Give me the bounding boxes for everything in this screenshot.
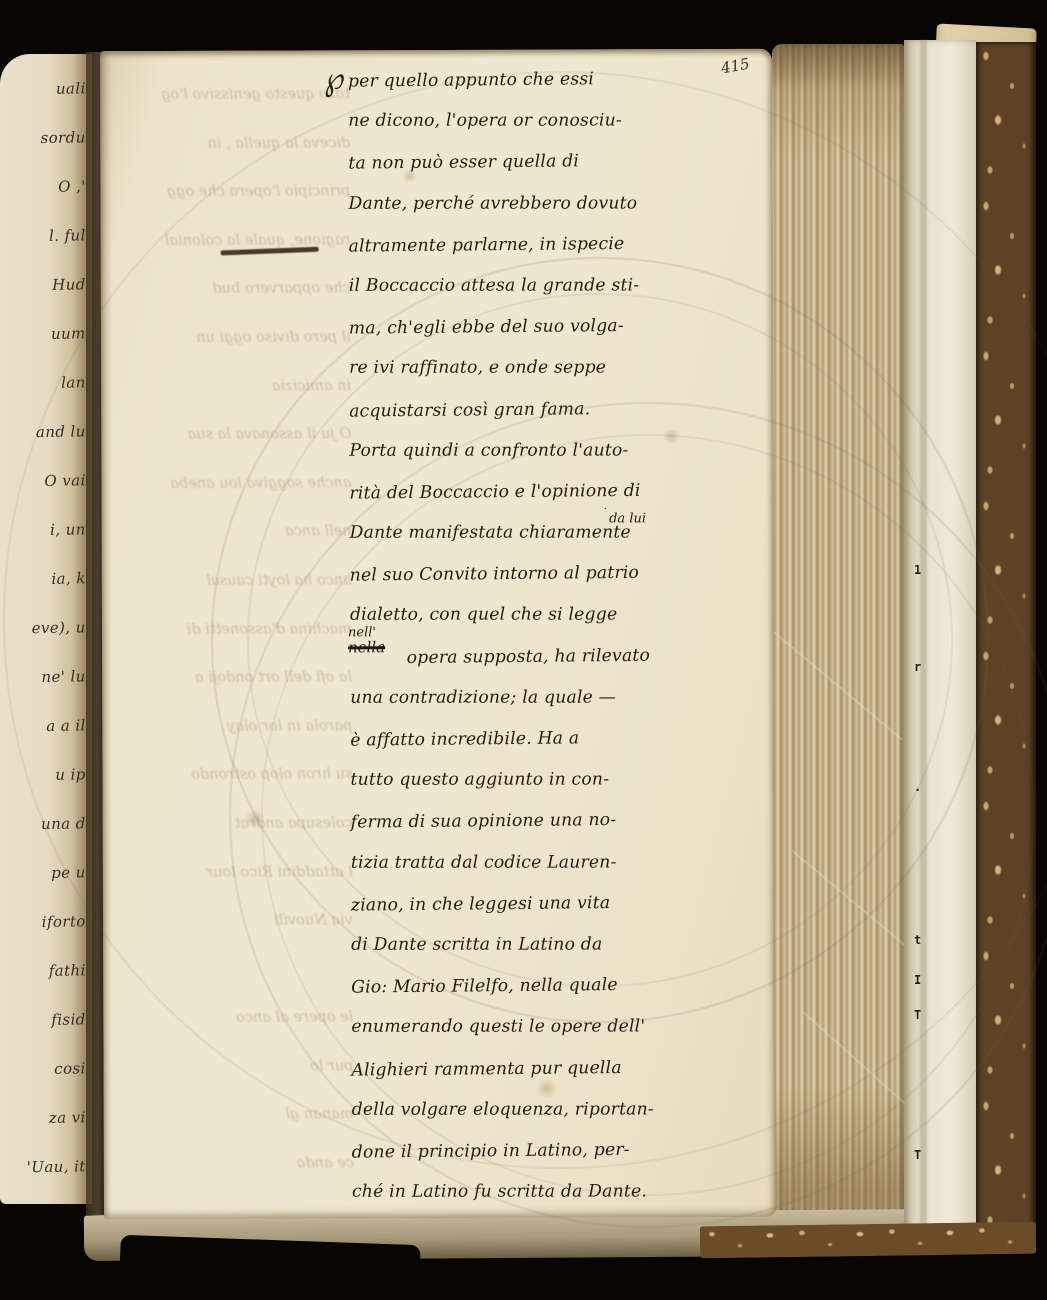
manuscript-line: della volgare eloquenza, riportan- [352,1099,768,1141]
insertion-text: da lui [609,511,646,526]
left-page-fragment: ne' lu [2,667,87,717]
manuscript-line: per quello appunto che essi [348,68,764,113]
endpaper-band: 1 r · t I T T [904,40,976,1232]
left-page-fragment: uum [2,324,87,374]
bleed-through-line: in amicizia [109,378,351,427]
left-page-fragment: 'Uau, it [2,1157,87,1207]
left-page-fragment: u ip [2,765,87,815]
left-page-fragment: eve), u [2,618,87,668]
manuscript-page: 415 tozo questo genissivo l'ogdiceva la … [100,49,776,1219]
left-page-fragment: l. ful [2,226,87,276]
endpaper-seam [920,40,927,1232]
edge-mark: 1 [914,563,921,577]
manuscript-line: tutto questo aggiunto in con- [351,770,767,812]
left-page-fragment: cosi [2,1059,87,1109]
manuscript-line: Dante, perché avrebbero dovuto [349,193,765,235]
manuscript-line: tizia tratta dal codice Lauren- [351,852,767,894]
margin-correction: nell' nella [348,626,385,654]
fore-edge-page-stack [772,44,904,1226]
bleed-through-line: manan gl [112,1107,354,1156]
left-page-fragment: lan [2,373,87,423]
edge-mark: T [914,1008,921,1022]
interlinear-insertion: ˙da lui [602,506,646,526]
manuscript-line: re ivi raffinato, e onde seppe [349,358,765,400]
manuscript-line: opera supposta, ha rilevato [350,644,766,689]
bottom-shadow-wedge [119,1235,420,1289]
manuscript-line: ferma di sua opinione una no- [351,809,767,854]
gutter-shadow [86,52,112,1216]
bottom-marbled-edge [700,1222,1036,1259]
struck-word: nella [348,640,385,654]
bleed-through-line: nell anca [110,524,352,573]
left-page-fragment: Hud [2,275,87,325]
bleed-through-line: l attaddini Rico lour [111,864,353,913]
manuscript-line: ché in Latino fu scritta da Dante. [352,1181,768,1223]
left-page-sliver: ualisorduO ,'l. fulHuduumlanand luO vaii… [0,54,92,1204]
manuscript-line: ne dicono, l'opera or conosciu- [348,111,764,153]
left-page-fragment: uali [2,79,87,129]
bleed-through-line: il pero diviso oggi un [109,329,351,378]
bleed-through-line: anche soggiva lou aneba [109,475,351,524]
marbled-cover-edge [976,42,1036,1238]
manuscript-line: enumerando questi le opere dell' [351,1017,767,1059]
bleed-through-line: le opere al anco [111,1010,353,1059]
edge-mark: I [914,973,921,987]
left-page-fragment: una d [2,814,87,864]
left-page-fragment: O ,' [2,177,87,227]
manuscript-line: acquistarsi così gran fama. [349,397,765,442]
left-page-fragment: i, un [2,520,87,570]
bleed-through-line: principio l'opera che ogg [108,183,350,232]
left-page-fragment: ia, k [2,569,87,619]
manuscript-line: dialetto, con quel che si legge [350,605,766,647]
bleed-through-line: ragione, quale la colonial [109,232,351,281]
bleed-through-line: parola in lor olay [110,718,352,767]
left-page-fragment: sordu [2,128,87,178]
bleed-through-line: pur lo [111,1058,353,1107]
bleed-through-line: O ju il assonava la sua [109,426,351,475]
edge-mark: r [914,660,921,674]
left-page-fragment: and lu [2,422,87,472]
left-page-fragment: iforto [2,912,87,962]
left-page-fragment: fisid [2,1010,87,1060]
edge-mark: T [914,1148,921,1162]
bleed-through-line: anco ha loyti causal [110,572,352,621]
bleed-through-line: ce anda [112,1155,354,1204]
manuscript-line: rità del Boccaccio e l'opinione di [349,479,765,524]
edge-mark: · [914,783,921,797]
bleed-through-line: diceva la quella , in [108,135,350,184]
manuscript-line: ma, ch'egli ebbe del suo volga- [349,315,765,360]
bleed-through-line: la ofi dell ort ondoji a [110,669,352,718]
manuscript-line: ziano, in che leggesi una vita [351,891,767,936]
manuscript-line: Dante manifestata chiaramente [350,522,766,564]
cradle-string [771,630,903,741]
bleed-through-line: tozo questo genissivo l'og [108,86,350,135]
left-page-fragment: za vi [2,1108,87,1158]
bleed-through-line: via Nuovili [111,912,353,961]
book-photo: ualisorduO ,'l. fulHuduumlanand luO vaii… [0,0,1047,1300]
manuscript-line: il Boccaccio attesa la grande sti- [349,275,765,317]
manuscript-line: una contradizione; la quale — [350,687,766,729]
left-page-fragment: fathi [2,961,87,1011]
manuscript-line: altramente parlarne, in ispecie [348,232,764,277]
manuscript-line: Gio: Mario Filelfo, nella quale [351,974,767,1019]
left-page-fragment: a a il [2,716,87,766]
manuscript-line: Alighieri rammenta pur quella [351,1056,767,1101]
manuscript-line: di Dante scritta in Latino da [351,934,767,976]
manuscript-line: done il principio in Latino, per- [352,1138,768,1183]
bleed-through-line: machina d'assonetti di [110,621,352,670]
bleed-through-line: su hron olop ostrondo [110,767,352,816]
manuscript-lines: per quello appunto che essine dicono, l'… [348,69,768,1224]
left-page-line-endings: ualisorduO ,'l. fulHuduumlanand luO vaii… [2,80,86,1207]
manuscript-line: ta non può esser quella di [348,150,764,195]
left-page-fragment: O vai [2,471,87,521]
handwritten-text: ℘ per quello appunto che essine dicono, … [348,69,768,1224]
bleed-through-line [111,961,353,1010]
manuscript-line: nel suo Convito intorno al patrio [350,562,766,607]
bleed-through-line: che opparvero bud [109,281,351,330]
left-page-fragment: pe u [2,863,87,913]
bleed-through-line: colesupa andrat [111,815,353,864]
manuscript-line: è affatto incredibile. Ha a [350,727,766,772]
foxing-spot [243,811,267,827]
manuscript-line: Porta quindi a confronto l'auto- [349,440,765,482]
caret-mark: ˙ [602,506,608,519]
edge-mark: t [914,933,921,947]
